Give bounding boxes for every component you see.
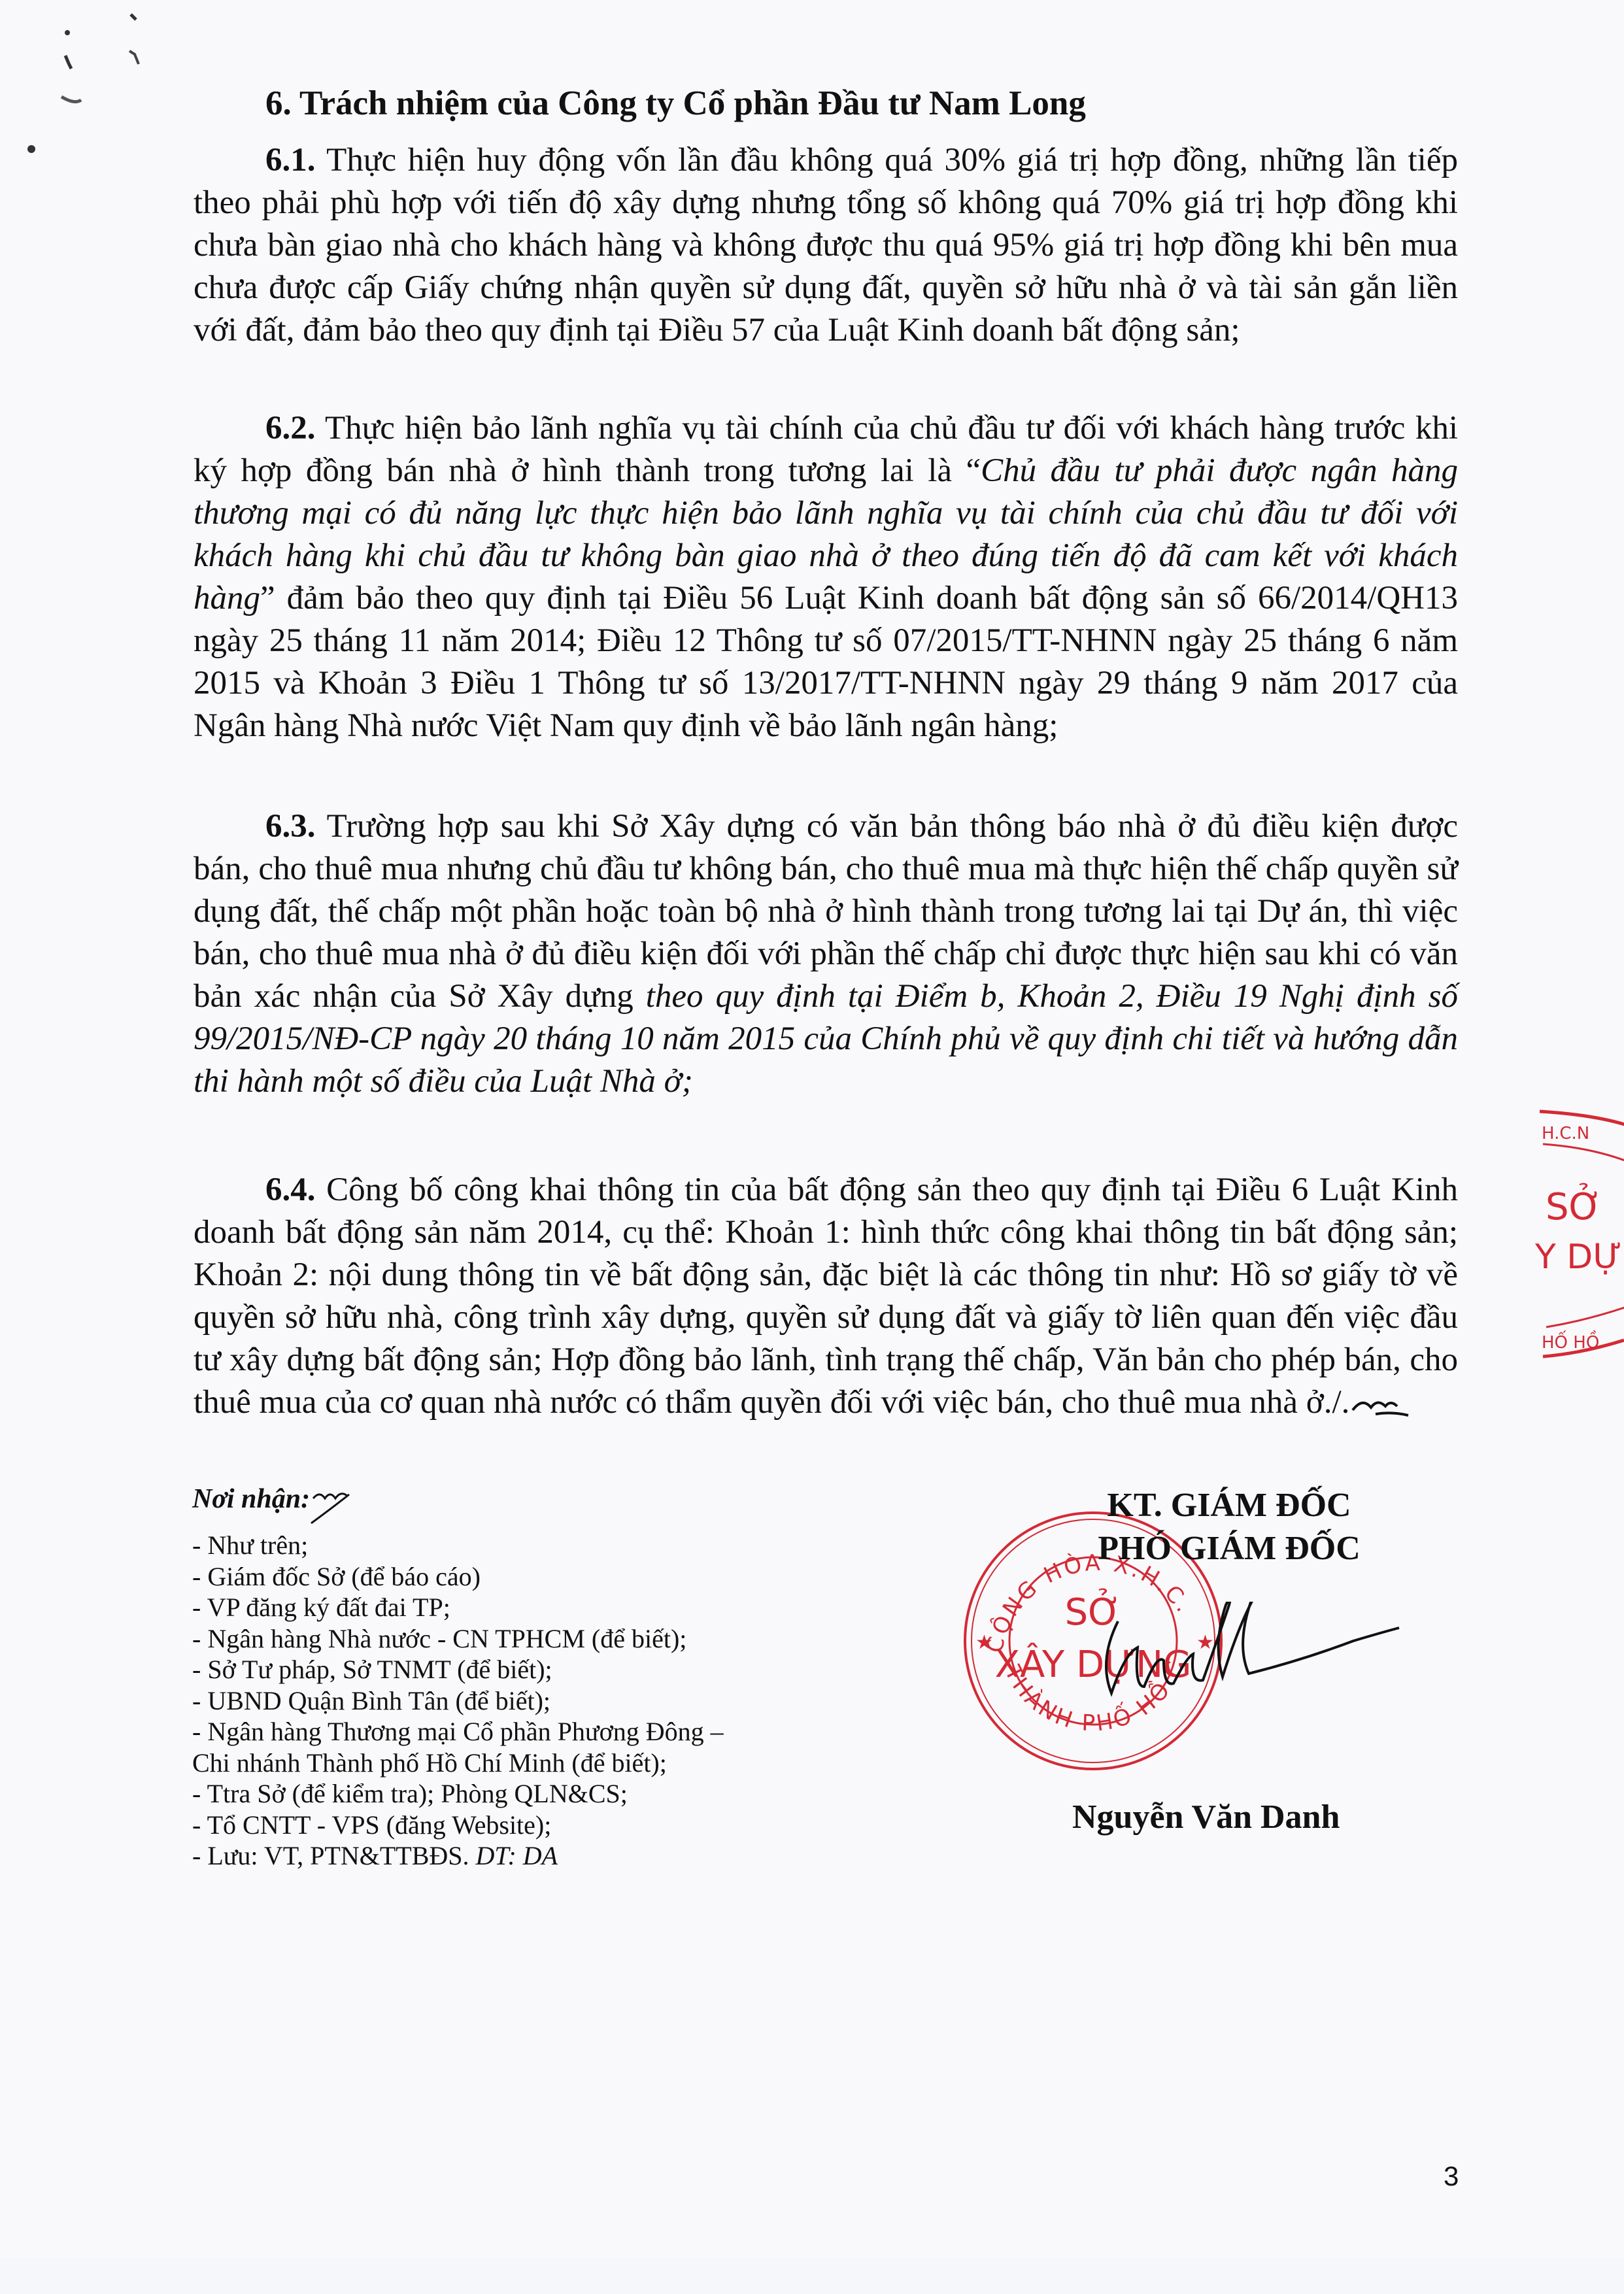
recipients-title: Nơi nhận: [192, 1484, 724, 1530]
paragraph-6-2: 6.2. Thực hiện bảo lãnh nghĩa vụ tài chí… [194, 407, 1458, 747]
recipient-item: - Ttra Sở (để kiểm tra); Phòng QLN&CS; [192, 1778, 724, 1810]
section-heading: 6. Trách nhiệm của Công ty Cổ phần Đầu t… [265, 84, 1086, 123]
page-number: 3 [1444, 2161, 1459, 2192]
recipient-item: Chi nhánh Thành phố Hồ Chí Minh (để biết… [192, 1747, 724, 1779]
section-number: 6.3. [265, 808, 316, 845]
signature-block: KT. GIÁM ĐỐC PHÓ GIÁM ĐỐC [1020, 1484, 1438, 1570]
handwritten-mark-icon [310, 1484, 369, 1530]
section-text: Thực hiện huy động vốn lần đầu không quá… [194, 142, 1458, 348]
recipients-list: Nơi nhận: - Như trên; - Giám đốc Sở (để … [192, 1484, 724, 1872]
recipient-item-archive: - Lưu: VT, PTN&TTBĐS. DT: DA [192, 1840, 724, 1872]
section-text: ” đảm bảo theo quy định tại Điều 56 Luật… [194, 580, 1458, 744]
svg-text:Y DỰ: Y DỰ [1534, 1238, 1622, 1277]
recipient-item: - Tổ CNTT - VPS (đăng Website); [192, 1810, 724, 1841]
partial-seal-icon: H.C.N SỞ Y DỰ HỐ HỒ [1504, 1079, 1624, 1360]
recipient-item: - Sở Tư pháp, Sở TNMT (để biết); [192, 1654, 724, 1685]
signer-title: PHÓ GIÁM ĐỐC [1020, 1527, 1438, 1570]
signer-role: KT. GIÁM ĐỐC [1020, 1484, 1438, 1527]
recipient-item: - Ngân hàng Nhà nước - CN TPHCM (để biết… [192, 1623, 724, 1655]
recipient-item: - VP đăng ký đất đai TP; [192, 1592, 724, 1623]
document-page: 6. Trách nhiệm của Công ty Cổ phần Đầu t… [0, 0, 1624, 2259]
paragraph-6-3: 6.3. Trường hợp sau khi Sở Xây dựng có v… [194, 805, 1458, 1103]
recipient-item: - UBND Quận Bình Tân (để biết); [192, 1685, 724, 1717]
paragraph-6-1: 6.1. Thực hiện huy động vốn lần đầu khôn… [194, 139, 1458, 352]
handwritten-initials-icon [1349, 1392, 1421, 1418]
scan-artifact-icon [0, 0, 170, 163]
signer-name: Nguyễn Văn Danh [1072, 1798, 1340, 1836]
paragraph-6-4: 6.4. Công bố công khai thông tin của bất… [194, 1169, 1458, 1424]
svg-text:SỞ: SỞ [1546, 1183, 1602, 1228]
recipient-item: - Giám đốc Sở (để báo cáo) [192, 1561, 724, 1593]
recipient-item: - Như trên; [192, 1530, 724, 1561]
svg-text:★: ★ [975, 1632, 993, 1653]
svg-text:H.C.N: H.C.N [1542, 1124, 1589, 1143]
section-text: Công bố công khai thông tin của bất động… [194, 1172, 1458, 1421]
recipient-item: - Ngân hàng Thương mại Cổ phần Phương Đô… [192, 1716, 724, 1747]
handwritten-signature-icon [1079, 1602, 1445, 1706]
section-number: 6.2. [265, 410, 316, 447]
section-number: 6.4. [265, 1172, 316, 1208]
section-number: 6.1. [265, 142, 316, 178]
